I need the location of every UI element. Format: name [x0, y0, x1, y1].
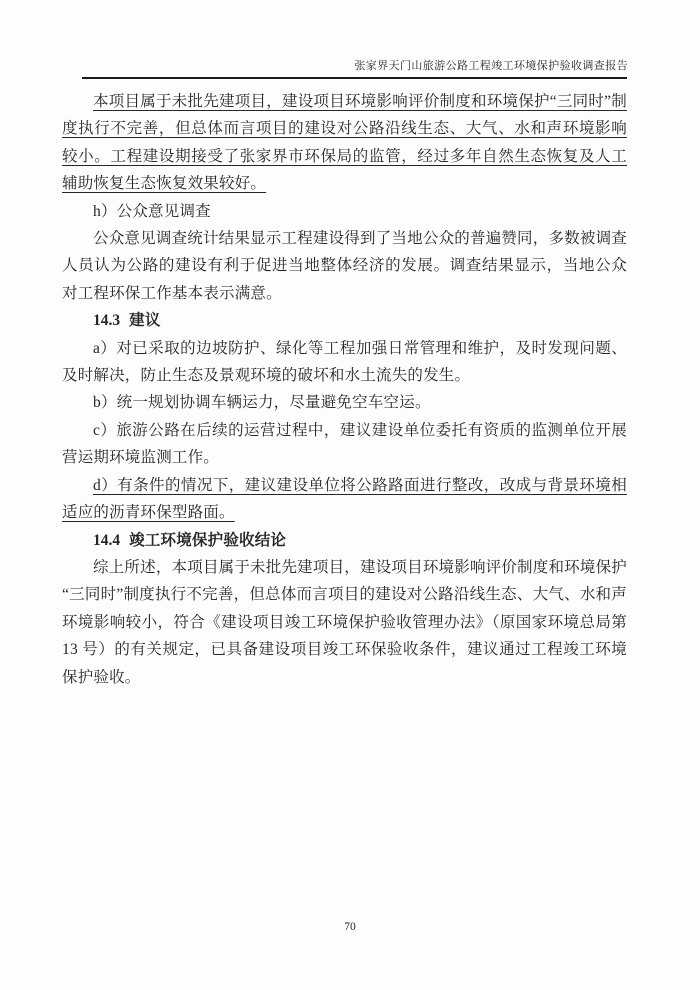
section-title: 竣工环境保护验收结论 [129, 532, 286, 549]
document-page: 张家界天门山旅游公路工程竣工环境保护验收调查报告 本项目属于未批先建项目，建设项… [0, 0, 700, 990]
section-number: 14.4 [93, 532, 120, 549]
running-header-title: 张家界天门山旅游公路工程竣工环境保护验收调查报告 [62, 57, 628, 73]
paragraph: b）统一规划协调车辆运力，尽量避免空车空运。 [62, 389, 627, 416]
section-number: 14.3 [93, 312, 120, 329]
paragraph: h）公众意见调查 [62, 198, 627, 225]
paragraph: 本项目属于未批先建项目，建设项目环境影响评价制度和环境保护“三同时”制度执行不完… [62, 88, 627, 198]
page-number: 70 [0, 921, 700, 933]
paragraph: c）旅游公路在后续的运营过程中，建议建设单位委托有资质的监测单位开展营运期环境监… [62, 417, 627, 472]
paragraph: 综上所述，本项目属于未批先建项目，建设项目环境影响评价制度和环境保护“三同时”制… [62, 554, 627, 691]
paragraph: d）有条件的情况下，建议建设单位将公路路面进行整改，改成与背景环境相适应的沥青环… [62, 472, 627, 527]
section-title: 建议 [129, 312, 160, 329]
section-heading: 14.4竣工环境保护验收结论 [62, 527, 627, 554]
document-body: 本项目属于未批先建项目，建设项目环境影响评价制度和环境保护“三同时”制度执行不完… [62, 88, 627, 691]
section-heading: 14.3建议 [62, 307, 627, 334]
paragraph: a）对已采取的边坡防护、绿化等工程加强日常管理和维护，及时发现问题、及时解决，防… [62, 335, 627, 390]
header-rule [82, 77, 627, 79]
paragraph: 公众意见调查统计结果显示工程建设得到了当地公众的普遍赞同，多数被调查人员认为公路… [62, 225, 627, 307]
